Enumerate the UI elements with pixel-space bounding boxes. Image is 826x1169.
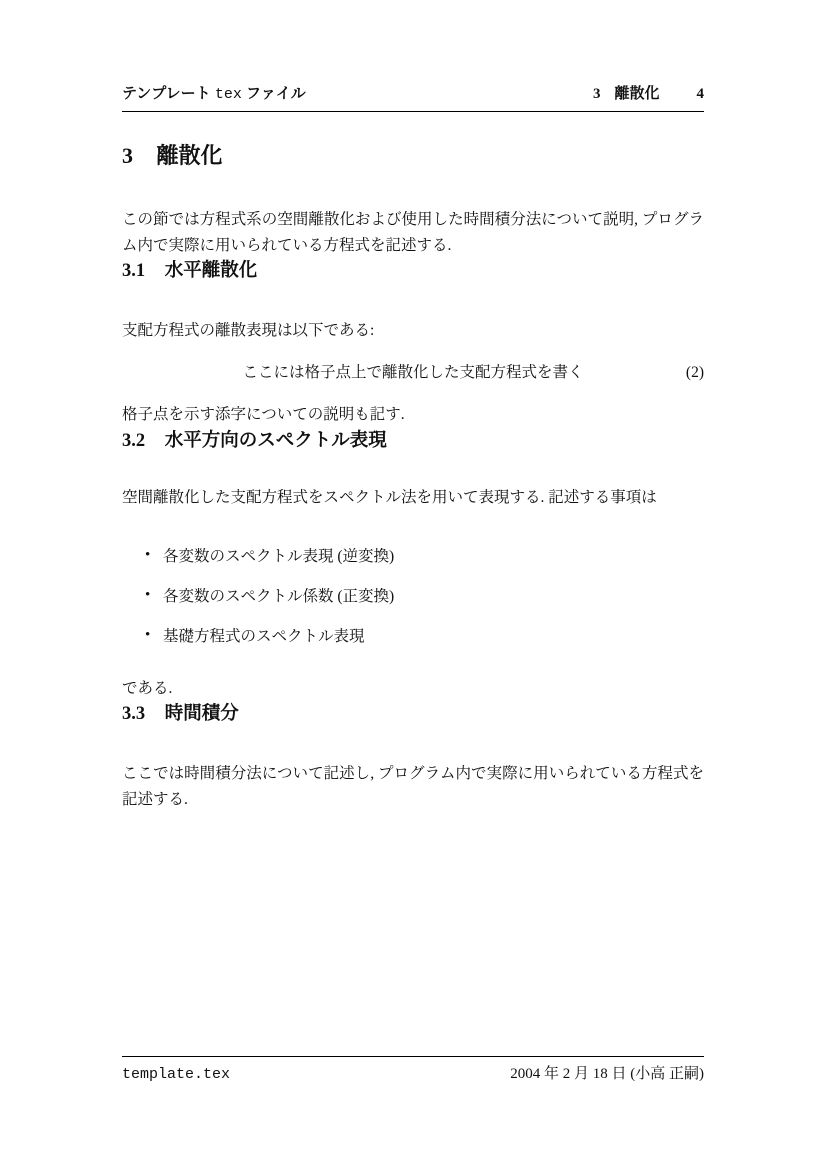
section-3-2-number: 3.2 (122, 431, 145, 451)
section-3-paragraph: この節では方程式系の空間離散化および使用した時間積分法について説明, プログラム… (122, 207, 704, 258)
section-3-1-title: 水平離散化 (165, 259, 258, 280)
display-equation: ここには格子点上で離散化した支配方程式を書く (2) (122, 360, 704, 386)
page-header: テンプレート tex ファイル 3 離散化 4 (122, 84, 704, 112)
bullet-icon: • (145, 623, 150, 649)
section-3-3-paragraph: ここでは時間積分法について記述し, プログラム内で実際に用いられている方程式を記… (122, 761, 704, 812)
list-item-text: 基礎方程式のスペクトル表現 (163, 628, 365, 645)
section-3-3-heading: 3.3 時間積分 (122, 701, 704, 726)
doc-title-code: tex (215, 86, 242, 103)
section-3-heading: 3 離散化 (122, 142, 704, 169)
document-page: テンプレート tex ファイル 3 離散化 4 3 離散化 この節では方程式系の… (0, 0, 826, 1169)
page-number: 4 (697, 84, 705, 104)
itemize-list: • 各変数のスペクトル表現 (逆変換) • 各変数のスペクトル係数 (正変換) … (122, 544, 704, 650)
list-item: • 各変数のスペクトル表現 (逆変換) (163, 544, 704, 570)
page-footer: template.tex 2004 年 2 月 18 日 (小高 正嗣) (122, 1056, 704, 1085)
list-item: • 各変数のスペクトル係数 (正変換) (163, 584, 704, 610)
doc-title-prefix: テンプレート (122, 85, 211, 102)
running-head-section-number: 3 (593, 84, 601, 104)
footer-date-author: 2004 年 2 月 18 日 (小高 正嗣) (510, 1064, 704, 1084)
section-3-2-paragraph-1: 空間離散化した支配方程式をスペクトル法を用いて表現する. 記述する事項は (122, 485, 704, 511)
equation-number: (2) (686, 360, 704, 386)
running-head-title: テンプレート tex ファイル (122, 84, 306, 105)
section-3-1-number: 3.1 (122, 261, 145, 281)
section-3-2-paragraph-2: である. (122, 676, 704, 702)
section-3-1-paragraph-2: 格子点を示す添字についての説明も記す. (122, 402, 704, 428)
section-3-1-paragraph-1: 支配方程式の離散表現は以下である: (122, 318, 704, 344)
section-3-2-heading: 3.2 水平方向のスペクトル表現 (122, 428, 704, 453)
bullet-icon: • (145, 583, 150, 609)
section-3-1-heading: 3.1 水平離散化 (122, 258, 704, 283)
section-3-3-title: 時間積分 (165, 702, 239, 723)
running-head-section: 3 離散化 4 (593, 84, 704, 104)
list-item-text: 各変数のスペクトル表現 (逆変換) (163, 548, 394, 565)
section-3-title: 離散化 (157, 143, 223, 168)
running-head-section-title: 離散化 (614, 84, 659, 104)
bullet-icon: • (145, 543, 150, 569)
section-3-number: 3 (122, 143, 133, 168)
list-item-text: 各変数のスペクトル係数 (正変換) (163, 588, 394, 605)
footer-filename: template.tex (122, 1065, 230, 1085)
equation-text: ここには格子点上で離散化した支配方程式を書く (242, 364, 583, 381)
doc-title-suffix: ファイル (246, 85, 306, 102)
list-item: • 基礎方程式のスペクトル表現 (163, 624, 704, 650)
text-column: テンプレート tex ファイル 3 離散化 4 3 離散化 この節では方程式系の… (122, 0, 704, 812)
section-3-2-title: 水平方向のスペクトル表現 (165, 429, 387, 450)
section-3-3-number: 3.3 (122, 704, 145, 724)
